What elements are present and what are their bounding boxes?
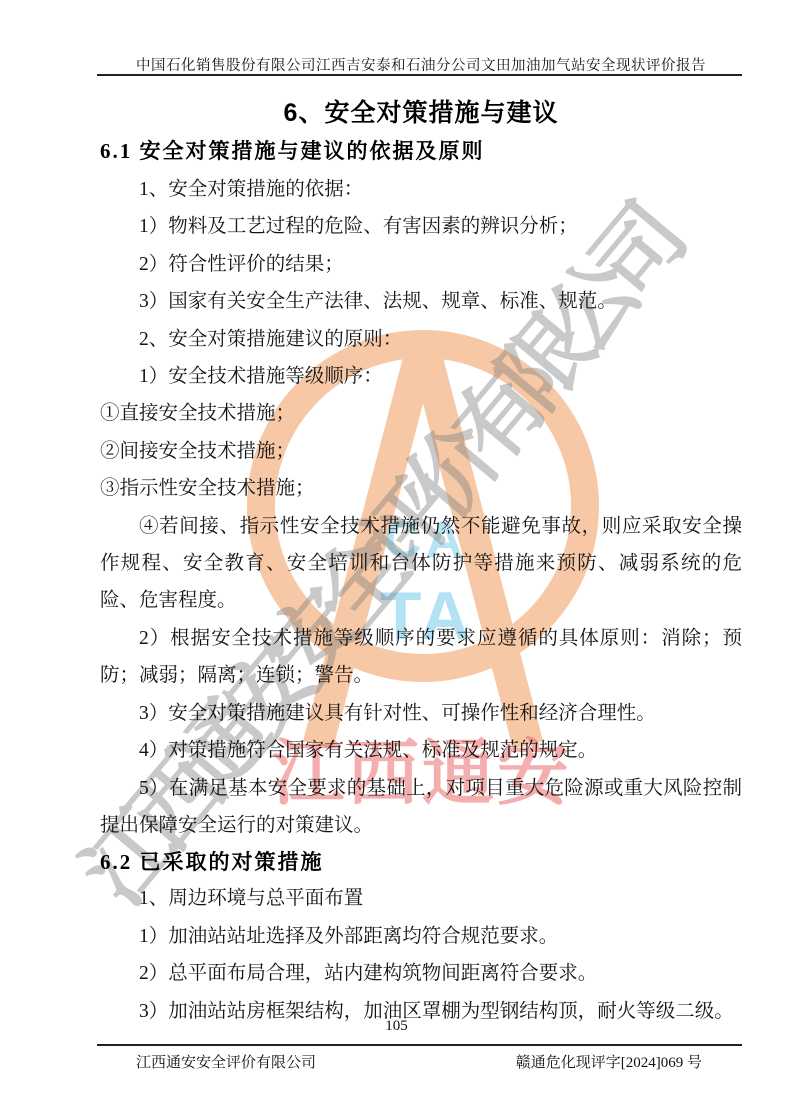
content-layer: 中国石化销售股份有限公司江西吉安泰和石油分公司文田加油加气站安全现状评价报告 6… [0,0,793,1120]
chapter-title: 6、安全对策措施与建议 [100,93,742,129]
paragraph: 2）根据安全技术措施等级顺序的要求应遵循的具体原则：消除；预防；减弱；隔离；连锁… [100,620,742,695]
paragraph: 1）安全技术措施等级顺序： [100,358,742,395]
header-rule [97,74,742,76]
section-6-2-paragraphs: 1、周边环境与总平面布置 1）加油站站址选择及外部距离均符合规范要求。 2）总平… [100,880,742,1030]
paragraph: 5）在满足基本安全要求的基础上，对项目重大危险源或重大风险控制提出保障安全运行的… [100,770,742,845]
section-6-1-paragraphs: 1、安全对策措施的依据： 1）物料及工艺过程的危险、有害因素的辨识分析； 2）符… [100,171,742,844]
page-number: 105 [0,1018,793,1035]
page-footer: 江西通安安全评价有限公司 赣通危化现评字[2024]069 号 [100,1051,742,1072]
paragraph: ②间接安全技术措施； [100,433,742,470]
paragraph: ③指示性安全技术措施； [100,470,742,507]
page-header-text: 中国石化销售股份有限公司江西吉安泰和石油分公司文田加油加气站安全现状评价报告 [100,54,742,75]
paragraph: 1）加油站站址选择及外部距离均符合规范要求。 [100,918,742,955]
section-heading-6-1: 6.1 安全对策措施与建议的依据及原则 [100,131,742,171]
paragraph: 3）安全对策措施建议具有针对性、可操作性和经济合理性。 [100,695,742,732]
section-heading-6-2: 6.2 已采取的对策措施 [100,844,742,880]
paragraph: ①直接安全技术措施； [100,395,742,432]
footer-company-name: 江西通安安全评价有限公司 [100,1051,316,1072]
paragraph: 2、安全对策措施建议的原则： [100,321,742,358]
document-body: 6.1 安全对策措施与建议的依据及原则 1、安全对策措施的依据： 1）物料及工艺… [100,131,742,1030]
footer-report-number: 赣通危化现评字[2024]069 号 [516,1051,742,1072]
paragraph: 1、周边环境与总平面布置 [100,880,742,917]
paragraph: 4）对策措施符合国家有关法规、标准及规范的规定。 [100,732,742,769]
paragraph: ④若间接、指示性安全技术措施仍然不能避免事故，则应采取安全操作规程、安全教育、安… [100,508,742,620]
document-page: CA TA 江西通安安全评价有限公司 江西通安 中国石化销售股份有限公司江西吉安… [0,0,793,1120]
footer-rule [97,1044,742,1046]
paragraph: 1）物料及工艺过程的危险、有害因素的辨识分析； [100,208,742,245]
paragraph: 2）符合性评价的结果； [100,246,742,283]
paragraph: 3）国家有关安全生产法律、法规、规章、标准、规范。 [100,283,742,320]
paragraph: 1、安全对策措施的依据： [100,171,742,208]
paragraph: 2）总平面布局合理，站内建构筑物间距离符合要求。 [100,955,742,992]
